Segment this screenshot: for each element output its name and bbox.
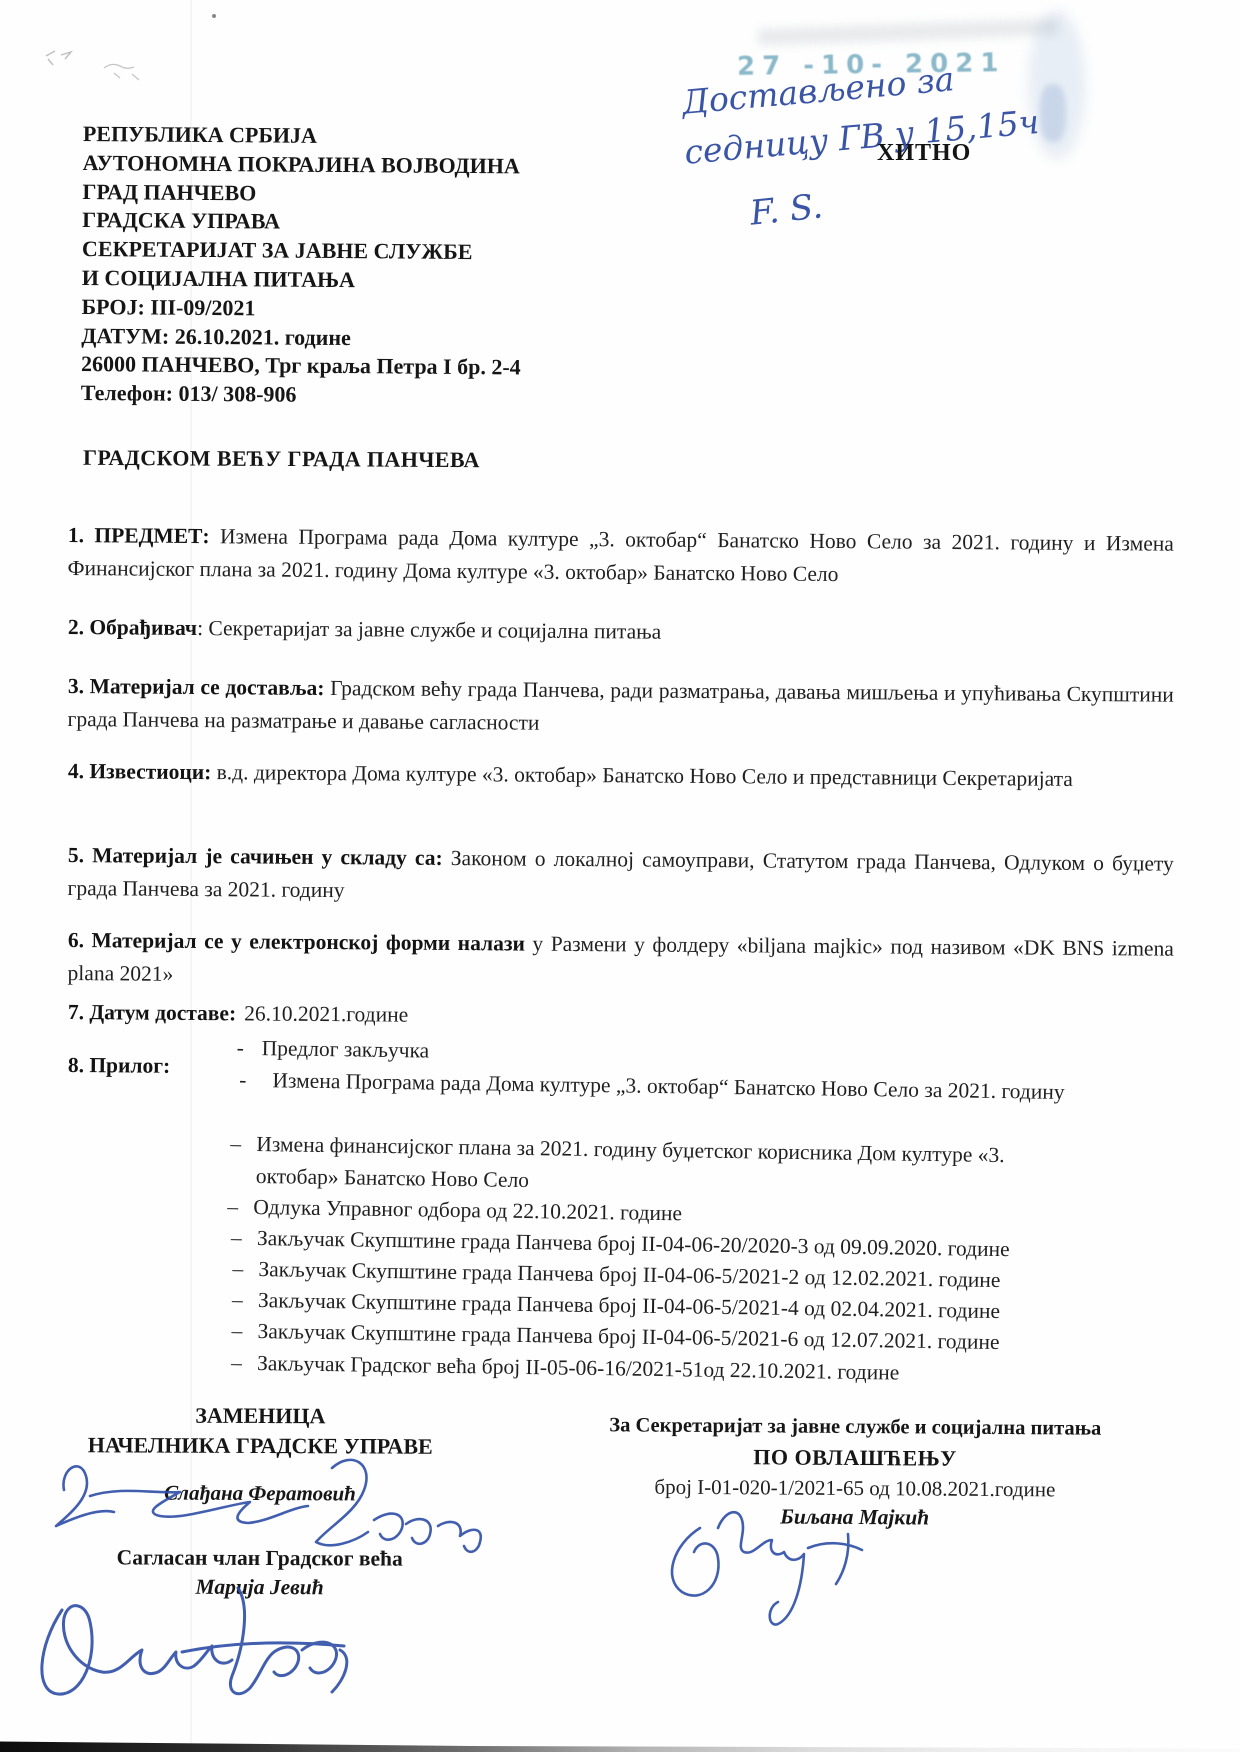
handwritten-note: Достављено за седницу ГВ у 15,15ч bbox=[680, 47, 1041, 177]
item-reporters: 4. Известиоци: в.д. директора Дома култу… bbox=[68, 755, 1174, 796]
authorization-number: број I-01-020-1/2021-65 од 10.08.2021.го… bbox=[545, 1474, 1165, 1503]
attachment-text: Измена финансијског плана за 2021. годин… bbox=[256, 1128, 1057, 1204]
letterhead-line: ГРАДСКА УПРАВА bbox=[82, 206, 522, 238]
item-processor: 2. Обрађивач: Секретаријат за јавне служ… bbox=[68, 611, 1174, 652]
signer-name: Слађана Фератовић bbox=[50, 1480, 470, 1507]
scan-speck bbox=[212, 14, 216, 18]
dash-bullet: – bbox=[227, 1192, 238, 1223]
scanned-document-page: 27 -10- 2021 Достављено за седницу ГВ у … bbox=[0, 0, 1240, 1752]
list-item: -Предлог закључка bbox=[237, 1033, 430, 1067]
urgent-label: ХИТНО bbox=[877, 140, 971, 167]
attachment-text: Предлог закључка bbox=[262, 1033, 430, 1066]
doc-phone: Телефон: 013/ 308-906 bbox=[81, 379, 521, 411]
signer-subtitle: Сагласан члан Градског већа bbox=[50, 1545, 470, 1572]
dash-bullet: – bbox=[230, 1128, 241, 1160]
signer-title: ЗАМЕНИЦА bbox=[50, 1402, 470, 1430]
item-label: 2. Обрађивач bbox=[68, 614, 197, 639]
letterhead-line: ГРАД ПАНЧЕВО bbox=[82, 178, 522, 210]
attachment-text: Измена Програма рада Дома културе „3. ок… bbox=[272, 1068, 1065, 1104]
recipient-title: ГРАДСКОМ ВЕЋУ ГРАДА ПАНЧЕВА bbox=[83, 445, 480, 473]
letterhead-line: И СОЦИЈАЛНА ПИТАЊА bbox=[82, 264, 522, 296]
signer-title: За Секретаријат за јавне службе и соција… bbox=[545, 1414, 1165, 1441]
pencil-scribble bbox=[38, 44, 168, 88]
dash-bullet: – bbox=[232, 1285, 243, 1316]
signature-block-left: ЗАМЕНИЦА НАЧЕЛНИКА ГРАДСКЕ УПРАВЕ Слађан… bbox=[50, 1402, 471, 1601]
signer-name: Биљана Мајкић bbox=[545, 1503, 1165, 1532]
dash-bullet: - bbox=[237, 1033, 245, 1064]
dash-bullet: - bbox=[239, 1068, 247, 1092]
item-text: Измена Програма рада Дома културе „3. ок… bbox=[68, 524, 1174, 585]
letterhead-line: АУТОНОМНА ПОКРАЈИНА ВОЈВОДИНА bbox=[83, 149, 523, 181]
handwritten-initials: F. S. bbox=[748, 186, 825, 233]
dash-bullet: – bbox=[232, 1254, 243, 1285]
item-delivery-date: 7. Датум доставе:26.10.2021.године bbox=[68, 996, 1174, 1037]
item-label: 6. Материјал се у електронској форми нал… bbox=[68, 927, 525, 955]
doc-address: 26000 ПАНЧЕВО, Трг краља Петра I бр. 2-4 bbox=[81, 350, 521, 382]
doc-date: ДАТУМ: 26.10.2021. године bbox=[81, 322, 521, 354]
item-label: 4. Известиоци: bbox=[68, 758, 212, 783]
scan-smudge bbox=[1040, 84, 1066, 142]
signature-jevic bbox=[42, 1588, 347, 1694]
list-item: –Измена финансијског плана за 2021. годи… bbox=[230, 1128, 1057, 1204]
scan-bottom-edge bbox=[0, 1741, 1240, 1752]
item-label: 8. Прилог: bbox=[68, 1052, 170, 1077]
item-electronic-form: 6. Материјал се у електронској форми нал… bbox=[67, 924, 1173, 998]
dash-bullet: – bbox=[231, 1316, 242, 1347]
item-legal-basis: 5. Материјал је сачињен у складу са: Зак… bbox=[67, 839, 1173, 913]
item-text: 26.10.2021.године bbox=[236, 1001, 408, 1026]
authorization-label: ПО ОВЛАШЋЕЊУ bbox=[545, 1443, 1165, 1473]
item-text: в.д. директора Дома културе «3. октобар»… bbox=[211, 760, 1073, 791]
item-label: 3. Материјал се доставља: bbox=[68, 673, 325, 699]
letterhead-line: РЕПУБЛИКА СРБИЈА bbox=[83, 120, 523, 152]
scan-smudge bbox=[758, 19, 1058, 45]
dash-bullet: – bbox=[231, 1223, 242, 1254]
item-label: 7. Датум доставе: bbox=[68, 999, 236, 1024]
letterhead-line: СЕКРЕТАРИЈАТ ЗА ЈАВНЕ СЛУЖБЕ bbox=[82, 235, 522, 267]
signature-block-right: За Секретаријат за јавне службе и соција… bbox=[545, 1414, 1166, 1532]
item-label: 5. Материјал је сачињен у складу са: bbox=[68, 842, 443, 869]
signer-title: НАЧЕЛНИКА ГРАДСКЕ УПРАВЕ bbox=[50, 1432, 470, 1460]
doc-number: БРОЈ: III-09/2021 bbox=[81, 293, 521, 325]
item-text: : Секретаријат за јавне службе и социјал… bbox=[197, 616, 661, 644]
item-subject: 1. ПРЕДМЕТ: Измена Програма рада Дома ку… bbox=[67, 519, 1173, 593]
signer-name: Марија Јевић bbox=[50, 1574, 470, 1601]
item-label: 1. ПРЕДМЕТ: bbox=[68, 522, 210, 547]
item-delivered-to: 3. Материјал се доставља: Градском већу … bbox=[67, 670, 1173, 744]
dash-bullet: – bbox=[231, 1348, 242, 1379]
letterhead: РЕПУБЛИКА СРБИЈА АУТОНОМНА ПОКРАЈИНА ВОЈ… bbox=[81, 120, 523, 411]
